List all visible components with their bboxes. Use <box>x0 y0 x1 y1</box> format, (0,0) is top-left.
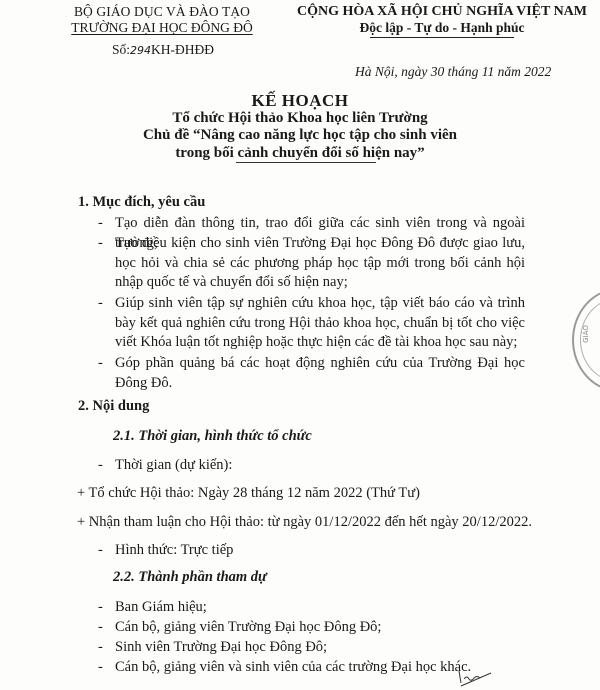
document-title: KẾ HOẠCH Tổ chức Hội thảo Khoa học liên … <box>0 92 600 162</box>
section-1-heading: 1. Mục đích, yêu cầu <box>78 194 205 211</box>
time-label: Thời gian (dự kiến): <box>115 456 232 476</box>
bullet-dash: - <box>98 638 103 658</box>
bullet-dash: - <box>98 234 103 254</box>
doc-number-suffix: KH-ĐHĐĐ <box>151 42 214 57</box>
title-line-3: trong bối cảnh chuyển đổi số hiện nay” <box>0 145 600 163</box>
motto-underline <box>370 37 514 38</box>
doc-type: KẾ HOẠCH <box>0 92 600 110</box>
bullet-dash: - <box>98 541 103 561</box>
list-item-text: Tạo điều kiện cho sinh viên Trường Đại h… <box>115 234 525 293</box>
list-item-text: Giúp sinh viên tập sự nghiên cứu khoa họ… <box>115 294 525 353</box>
plus-item-submission-period: + Nhận tham luận cho Hội thảo: từ ngày 0… <box>77 513 532 533</box>
bullet-dash: - <box>98 658 103 678</box>
title-line-2: Chủ đề “Nâng cao năng lực học tập cho si… <box>0 127 600 145</box>
issuing-authority: BỘ GIÁO DỤC VÀ ĐÀO TẠO TRƯỜNG ĐẠI HỌC ĐÔ… <box>62 4 262 36</box>
national-header: CỘNG HÒA XÃ HỘI CHỦ NGHĨA VIỆT NAM Độc l… <box>292 4 592 38</box>
list-item-text: Ban Giám hiệu; <box>115 598 207 618</box>
stamp-text: GIÁO <box>582 325 590 343</box>
format-text: Hình thức: Trực tiếp <box>115 541 233 561</box>
bullet-dash: - <box>98 214 103 234</box>
bullet-dash: - <box>98 618 103 638</box>
bullet-dash: - <box>98 456 103 476</box>
bullet-dash: - <box>98 598 103 618</box>
subsection-2-1-heading: 2.1. Thời gian, hình thức tổ chức <box>113 428 312 445</box>
plus-item-event-date: + Tổ chức Hội thảo: Ngày 28 tháng 12 năm… <box>77 484 420 504</box>
list-item-text: Cán bộ, giảng viên và sinh viên của các … <box>115 658 471 678</box>
title-underline <box>236 162 376 163</box>
list-item-text: Cán bộ, giảng viên Trường Đại học Đông Đ… <box>115 618 381 638</box>
document-number: Số:294KH-ĐHĐĐ <box>112 42 214 58</box>
list-item-text: Sinh viên Trường Đại học Đông Đô; <box>115 638 327 658</box>
bullet-dash: - <box>98 294 103 314</box>
country-name: CỘNG HÒA XÃ HỘI CHỦ NGHĨA VIỆT NAM <box>292 4 592 20</box>
subsection-2-2-heading: 2.2. Thành phần tham dự <box>113 569 267 586</box>
national-motto: Độc lập - Tự do - Hạnh phúc <box>292 20 592 36</box>
doc-number-handwritten: 294 <box>130 44 151 57</box>
list-item-text: Góp phần quảng bá các hoạt động nghiên c… <box>115 354 525 393</box>
school-name: TRƯỜNG ĐẠI HỌC ĐÔNG ĐÔ <box>62 20 262 36</box>
doc-number-prefix: Số: <box>112 42 130 57</box>
bullet-dash: - <box>98 354 103 374</box>
ministry-name: BỘ GIÁO DỤC VÀ ĐÀO TẠO <box>62 4 262 20</box>
section-2-heading: 2. Nội dung <box>78 398 149 415</box>
date-line: Hà Nội, ngày 30 tháng 11 năm 2022 <box>355 64 551 80</box>
initials-signature-icon <box>455 667 495 689</box>
title-line-1: Tổ chức Hội thảo Khoa học liên Trường <box>0 110 600 128</box>
